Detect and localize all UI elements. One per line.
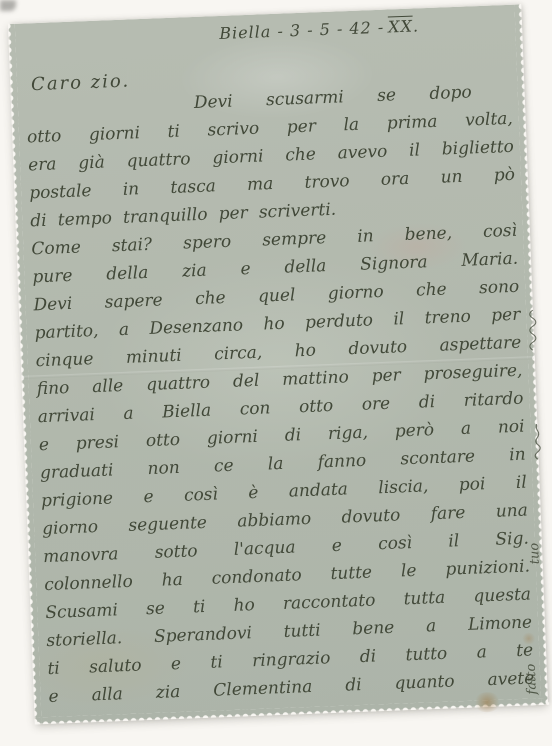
word: punizioni.: [445, 556, 530, 579]
word: Come: [31, 237, 81, 259]
word: quanto: [394, 671, 455, 693]
dateline-suffix: .: [413, 16, 420, 35]
word: una: [495, 501, 528, 522]
word: zia: [182, 261, 207, 282]
word: giorno: [42, 517, 99, 539]
word: pure: [32, 266, 73, 288]
word: treno: [424, 307, 471, 329]
margin-note-fragment: fatto: [524, 663, 540, 694]
word: spero: [183, 232, 232, 254]
dateline-era-numeral: XX: [388, 17, 413, 37]
word: e: [48, 687, 59, 707]
word: Clementina: [213, 677, 313, 701]
word: ringrazio: [252, 648, 331, 671]
word: per: [218, 203, 248, 224]
word: ore: [361, 394, 390, 415]
letter-body: Deviscusarmisedopoottogiornitiscrivoperl…: [26, 81, 535, 715]
word: avevo: [337, 142, 387, 164]
word: il: [393, 309, 405, 329]
word: riga,: [328, 423, 369, 445]
word: di: [345, 675, 362, 696]
word: ti: [210, 652, 223, 672]
word: in: [122, 179, 139, 200]
scanner-corner-shadow: [0, 0, 16, 11]
word: giorni: [206, 427, 258, 449]
word: prigione: [41, 488, 114, 511]
word: alla: [91, 684, 123, 705]
word: ha: [161, 570, 183, 591]
dateline: Biella - 3 - 5 - 42 -XX.: [219, 13, 510, 43]
word: seguente: [128, 513, 207, 536]
word: saluto: [89, 655, 142, 677]
word: abbiamo: [237, 509, 312, 532]
word: poi: [458, 474, 485, 495]
word: noi: [498, 417, 525, 438]
word: zia: [155, 682, 180, 703]
word: di: [284, 425, 301, 446]
word: però: [394, 420, 434, 441]
word: stai?: [112, 235, 153, 257]
word: sapere: [104, 290, 163, 312]
word: la: [267, 454, 283, 475]
word: che: [416, 279, 447, 300]
word: di: [418, 392, 435, 413]
word: fare: [430, 503, 465, 524]
word: otto: [146, 430, 181, 451]
word: e: [39, 435, 50, 455]
word: era: [28, 154, 57, 175]
word: il: [409, 140, 421, 160]
word: liscia,: [378, 476, 429, 498]
word: dopo: [429, 82, 472, 104]
word: ce: [214, 456, 234, 477]
word: te: [516, 640, 534, 661]
word: a: [123, 404, 134, 424]
word: prima: [386, 112, 437, 134]
word: tutti: [283, 621, 321, 642]
word: non: [147, 458, 180, 479]
word: di: [359, 646, 376, 667]
word: scriverti.: [259, 200, 337, 223]
scan-background: Biella - 3 - 5 - 42 -XX. Caro zio. Devis…: [0, 0, 552, 746]
word: pò: [493, 165, 515, 186]
word: raccontato: [283, 590, 376, 614]
word: della: [106, 263, 149, 285]
word: fino: [36, 378, 69, 399]
word: di: [30, 211, 47, 232]
margin-note-fragment: tuo: [527, 543, 543, 565]
word: condonato: [211, 565, 302, 588]
word: il: [448, 531, 460, 551]
word: cinque: [35, 349, 94, 371]
word: così: [378, 533, 413, 554]
word: otto: [27, 126, 62, 147]
word: Devi: [194, 92, 233, 113]
word: quattro: [126, 149, 191, 171]
word: ho: [263, 314, 285, 335]
word: per: [491, 305, 521, 326]
word: giorno: [327, 282, 384, 304]
word: così: [184, 484, 219, 505]
word: ti: [193, 597, 206, 617]
word: otto: [299, 396, 334, 417]
word: la: [343, 115, 359, 136]
word: così: [483, 221, 518, 242]
word: quattro: [146, 373, 211, 395]
dateline-place-date: Biella - 3 - 5 - 42 -: [219, 18, 385, 43]
word: già: [78, 153, 105, 174]
word: se: [146, 599, 166, 620]
word: l'acqua: [233, 537, 295, 559]
word: perduto: [305, 310, 374, 333]
word: il: [515, 473, 527, 493]
word: proseguire,: [423, 361, 523, 385]
word: Sperandovi: [154, 623, 253, 647]
word: tasca: [170, 176, 216, 198]
letter-paper: Biella - 3 - 5 - 42 -XX. Caro zio. Devis…: [9, 4, 547, 723]
word: ritardo: [463, 389, 524, 411]
word: a: [119, 320, 130, 340]
word: questa: [473, 584, 531, 606]
word: sotto: [154, 541, 198, 563]
word: giorni: [212, 146, 264, 168]
word: della: [284, 256, 327, 278]
word: scontare: [400, 447, 475, 470]
word: Sig.: [495, 529, 529, 550]
word: Devi: [33, 294, 72, 315]
word: sono: [479, 277, 520, 299]
word: colonnello: [44, 572, 133, 595]
word: alle: [92, 376, 124, 397]
word: circa,: [214, 343, 263, 365]
word: storiella.: [46, 628, 123, 651]
word: Scusami: [45, 600, 118, 623]
word: tranquillo: [123, 205, 208, 228]
word: andata: [288, 479, 348, 501]
word: tutta: [403, 588, 445, 610]
word: in: [509, 445, 526, 466]
word: un: [440, 167, 463, 188]
word: arrivai: [37, 405, 95, 427]
word: scusarmi: [266, 87, 344, 110]
margin-scribble: [526, 305, 538, 351]
word: le: [401, 561, 417, 582]
word: ti: [167, 122, 180, 142]
word: ti: [47, 659, 60, 679]
margin-scribble: [530, 420, 544, 460]
word: se: [377, 85, 397, 106]
word: bene,: [404, 223, 452, 245]
word: dovuto: [341, 505, 400, 527]
word: scrivo: [207, 119, 259, 141]
word: per: [371, 365, 401, 386]
word: ho: [233, 595, 255, 616]
word: sempre: [262, 228, 327, 250]
word: minuti: [126, 346, 182, 368]
word: fanno: [317, 451, 366, 473]
word: aspettare: [439, 333, 522, 356]
word: Signora: [360, 252, 428, 275]
word: ho: [294, 341, 316, 362]
word: quel: [258, 285, 296, 306]
word: per: [286, 116, 316, 137]
word: volta,: [465, 109, 513, 131]
word: Maria.: [461, 249, 518, 271]
word: a: [461, 419, 472, 439]
word: dovuto: [348, 337, 407, 359]
word: che: [285, 144, 316, 165]
word: Desenzano: [149, 315, 243, 339]
word: ma: [247, 174, 274, 195]
word: manovra: [43, 544, 119, 567]
word: trovo: [304, 171, 350, 193]
word: tempo: [57, 208, 112, 230]
word: e: [331, 536, 342, 556]
word: Limone: [468, 612, 533, 634]
word: in: [357, 226, 374, 247]
word: postale: [29, 181, 92, 203]
word: presi: [75, 432, 119, 454]
word: è: [248, 483, 259, 503]
word: a: [426, 616, 437, 636]
word: e: [240, 259, 251, 279]
word: giorni: [89, 123, 141, 145]
word: bene: [352, 618, 395, 640]
word: a: [476, 642, 487, 662]
word: con: [239, 398, 270, 419]
word: che: [195, 288, 226, 309]
word: mattino: [282, 367, 349, 390]
letter-content: Biella - 3 - 5 - 42 -XX. Caro zio. Devis…: [9, 4, 547, 723]
word: biglietto: [441, 137, 514, 160]
word: e: [171, 654, 182, 674]
word: tutto: [405, 644, 447, 666]
word: partito,: [34, 321, 99, 343]
word: graduati: [40, 460, 114, 483]
word: del: [233, 371, 260, 392]
word: tutte: [330, 563, 372, 585]
word: ora: [380, 169, 409, 190]
word: e: [143, 487, 154, 507]
word: Biella: [162, 401, 212, 423]
